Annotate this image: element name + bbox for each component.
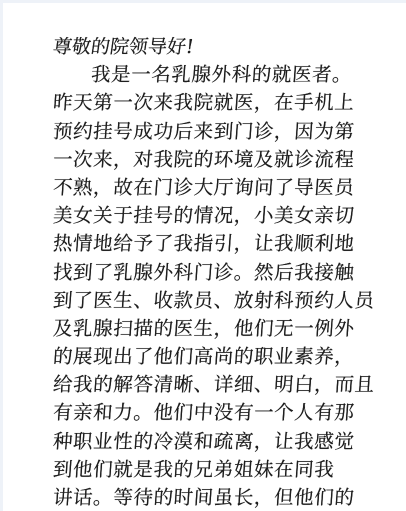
letter-line: 给我的解答清晰、详细、明白，而且 bbox=[52, 371, 384, 399]
letter-greeting: 尊敬的院领导好! bbox=[51, 33, 385, 61]
letter-line: 我是一名乳腺外科的就医者。 bbox=[52, 61, 384, 89]
letter-line: 一次来，对我院的环境及就诊流程 bbox=[52, 146, 384, 174]
letter-line: 美女关于挂号的情况，小美女亲切 bbox=[52, 202, 384, 230]
letter-line: 预约挂号成功后来到门诊，因为第 bbox=[52, 118, 384, 146]
handwritten-letter: 尊敬的院领导好! 我是一名乳腺外科的就医者。 昨天第一次来我院就医，在手机上 预… bbox=[53, 33, 383, 511]
letter-line: 热情地给予了我指引，让我顺利地 bbox=[52, 230, 384, 258]
letter-line: 到了医生、收款员、放射科预约人员 bbox=[52, 287, 384, 315]
letter-line: 到他们就是我的兄弟姐妹在同我 bbox=[52, 456, 384, 484]
letter-line: 种职业性的冷漠和疏离，让我感觉 bbox=[52, 428, 384, 456]
letter-line: 找到了乳腺外科门诊。然后我接触 bbox=[52, 259, 384, 287]
letter-line: 及乳腺扫描的医生，他们无一例外 bbox=[52, 315, 384, 343]
letter-line: 不熟，故在门诊大厅询问了导医员 bbox=[52, 174, 384, 202]
letter-line: 有亲和力。他们中没有一个人有那 bbox=[52, 399, 384, 427]
letter-line: 讲话。等待的时间虽长，但他们的 bbox=[52, 484, 384, 511]
letter-page: 尊敬的院领导好! 我是一名乳腺外科的就医者。 昨天第一次来我院就医，在手机上 预… bbox=[0, 0, 406, 511]
letter-line: 昨天第一次来我院就医，在手机上 bbox=[52, 89, 384, 117]
letter-line: 的展现出了他们高尚的职业素养， bbox=[52, 343, 384, 371]
